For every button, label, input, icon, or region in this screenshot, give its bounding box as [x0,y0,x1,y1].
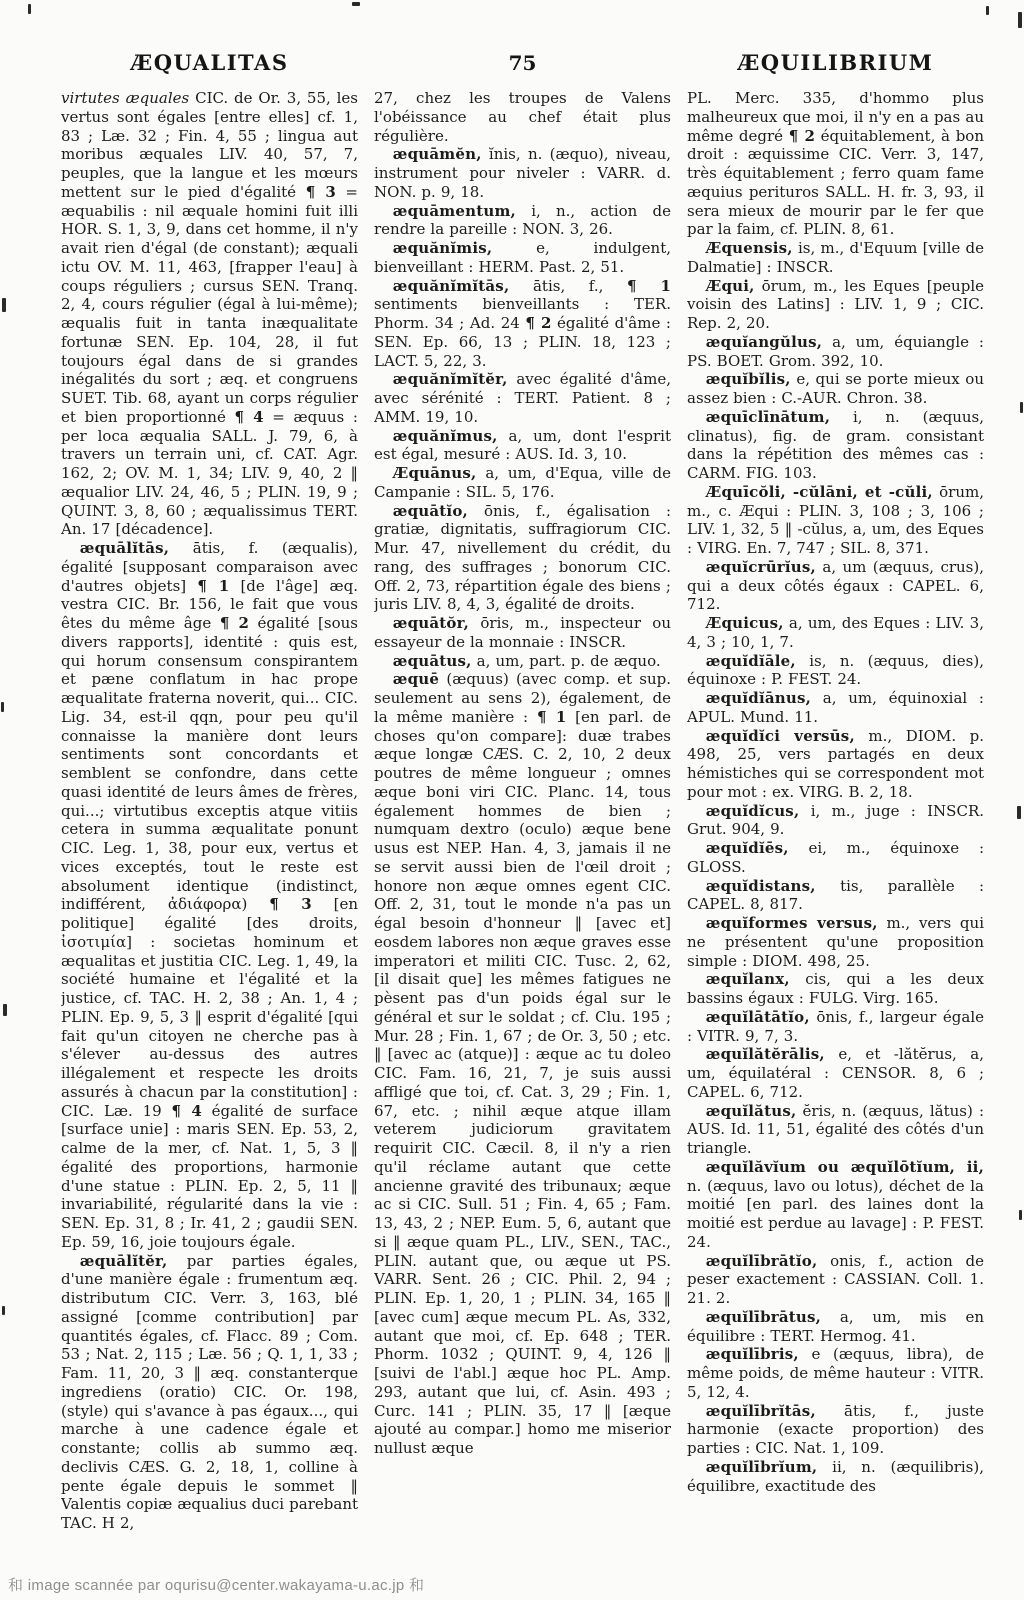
dictionary-entry: æquālĭtās, ātis, f. (æqualis), égalité [… [61,539,358,1252]
dictionary-entry: æquāmentum, i, n., action de rendre la p… [374,202,671,240]
entry-headword: æquĭdĭāle, [706,652,796,670]
dictionary-entry: Æquīcŏli, -cŭlāni, et -cŭli, ōrum, m., c… [687,483,984,558]
entry-headword: æquĭlībrātĭo, [706,1252,818,1270]
scan-artifact [1018,12,1022,28]
dictionary-entry: æquĭbĭlis, e, qui se porte mieux ou asse… [687,370,984,408]
pilcrow-sense-marker: ¶ 4 [235,408,264,426]
scan-artifact [3,1004,7,1016]
entry-headword: æquātŏr, [393,614,469,632]
entry-headword: æquātĭo, [393,502,468,520]
dictionary-entry: æquātĭo, ōnis, f., égalisation : gratiæ,… [374,502,671,615]
dictionary-entry: Æqui, ōrum, m., les Eques [peuple voisin… [687,277,984,333]
entry-headword: æquē [393,670,439,688]
entry-headword: æquĭangŭlus, [706,333,822,351]
dictionary-entry: æquĭformes versus, m., vers qui ne prése… [687,914,984,970]
entry-headword: æquĭdĭcus, [706,802,800,820]
entry-headword: æquĭlībris, [706,1345,799,1363]
dictionary-entry: æquĭdistans, tis, parallèle : CAPEL. 8, … [687,877,984,915]
page-number: 75 [374,51,671,75]
entry-headword: æquĭformes versus, [706,914,878,932]
entry-continuation: virtutes æquales CIC. de Or. 3, 55, les … [61,89,358,539]
entry-headword: Æquīcŏli, -cŭlāni, et -cŭli, [706,483,933,501]
scan-artifact [1017,806,1021,819]
dictionary-entry: æquănĭmĭtās, ātis, f., ¶ 1 sentiments bi… [374,277,671,371]
dictionary-entry: æquāmĕn, ĭnis, n. (æquo), niveau, instru… [374,145,671,201]
scan-artifact [2,1306,5,1315]
entry-headword: æquĭlībrĭum, [706,1458,818,1476]
entry-headword: æquănĭmĭtās, [393,277,510,295]
pilcrow-sense-marker: ¶ 2 [220,614,249,632]
column-center: 27, chez les troupes de Valens l'obéissa… [374,89,671,1537]
scan-artifact [1019,1210,1022,1220]
entry-headword: æquănĭmis, [393,239,493,257]
entry-headword: æquĭlībrĭtās, [706,1402,816,1420]
dictionary-entry: æquātus, a, um, part. p. de æquo. [374,652,671,671]
dictionary-entry: æquĭlătus, ĕris, n. (æquus, lătus) : AUS… [687,1102,984,1158]
dictionary-entry: æquĭdĭāle, is, n. (æquus, dies), équinox… [687,652,984,690]
dictionary-entry: æquĭlībrātus, a, um, mis en équilibre : … [687,1308,984,1346]
dictionary-entry: æquĭangŭlus, a, um, équiangle : PS. BOET… [687,333,984,371]
entry-headword: Æquānus, [393,464,477,482]
entry-headword: Æquensis, [706,239,793,257]
running-head-left: ÆQUALITAS [61,50,358,75]
entry-headword: æquĭdistans, [706,877,816,895]
dictionary-entry: Æquānus, a, um, d'Equa, ville de Campani… [374,464,671,502]
entry-headword: æquĭlătĕrālis, [706,1045,825,1063]
entry-headword: æquāmĕn, [393,145,482,163]
dictionary-entry: æquĭdĭēs, ei, m., équinoxe : GLOSS. [687,839,984,877]
dictionary-entry: æquĭcrūrĭus, a, um (æquus, crus), qui a … [687,558,984,614]
dictionary-entry: æquālĭtĕr, par parties égales, d'une man… [61,1252,358,1533]
entry-headword: æquĭdĭēs, [706,839,789,857]
entry-headword: æquātus, [393,652,472,670]
dictionary-entry: æquĭlătĕrālis, e, et -lătĕrus, a, um, éq… [687,1045,984,1101]
entry-headword: æquĭdĭānus, [706,689,811,707]
dictionary-entry: æquănĭmĭtĕr, avec égalité d'âme, avec sé… [374,370,671,426]
dictionary-entry: æquīclīnātum, i, n. (æquus, clinatus), f… [687,408,984,483]
scanned-dictionary-page: { "page": { "header_left": "ÆQUALITAS", … [0,0,1024,1600]
dictionary-entry: æquănĭmus, a, um, dont l'esprit est égal… [374,427,671,465]
column-left: virtutes æquales CIC. de Or. 3, 55, les … [61,89,358,1537]
scan-artifact [986,6,989,15]
pilcrow-sense-marker: ¶ 1 [537,708,566,726]
entry-headword: æquĭlātātĭo, [706,1008,810,1026]
pilcrow-sense-marker: ¶ 2 [789,127,815,145]
dictionary-entry: æquē (æquus) (avec comp. et sup. seuleme… [374,670,671,1458]
pilcrow-sense-marker: ¶ 3 [269,895,311,913]
scan-artifact [1,702,4,712]
pilcrow-sense-marker: ¶ 1 [627,277,671,295]
dictionary-columns: virtutes æquales CIC. de Or. 3, 55, les … [0,89,1024,1537]
entry-continuation: PL. Merc. 335, d'hommo plus malheureux q… [687,89,984,239]
entry-headword: æquĭbĭlis, [706,370,791,388]
dictionary-entry: æquĭdĭcus, i, m., juge : INSCR. Grut. 90… [687,802,984,840]
running-head-right: ÆQUILIBRIUM [687,50,984,75]
entry-headword: æquĭlăvĭum ou æquĭlōtĭum, ii, [706,1158,984,1176]
dictionary-entry: æquĭdĭānus, a, um, équinoxial : APUL. Mu… [687,689,984,727]
entry-headword: æquĭcrūrĭus, [706,558,816,576]
pilcrow-sense-marker: ¶ 4 [172,1102,202,1120]
dictionary-entry: æquĭlībrĭum, ii, n. (æquilibris), équili… [687,1458,984,1496]
dictionary-entry: æquĭlātātĭo, ōnis, f., largeur égale : V… [687,1008,984,1046]
entry-headword: Æqui, [706,277,755,295]
dictionary-entry: Æquicus, a, um, des Eques : LIV. 3, 4, 3… [687,614,984,652]
entry-headword: æquănĭmĭtĕr, [393,370,508,388]
entry-headword: æquĭlătus, [706,1102,797,1120]
entry-headword: æquănĭmus, [393,427,498,445]
pilcrow-sense-marker: ¶ 1 [197,577,229,595]
dictionary-entry: æquĭlībrātĭo, onis, f., action de peser … [687,1252,984,1308]
dictionary-entry: æquĭlăvĭum ou æquĭlōtĭum, ii, n. (æquus,… [687,1158,984,1252]
dictionary-entry: æquănĭmis, e, indulgent, bienveillant : … [374,239,671,277]
entry-headword: æquĭlanx, [706,970,790,988]
dictionary-entry: Æquensis, is, m., d'Equum [ville de Dalm… [687,239,984,277]
scan-artifact [352,2,360,6]
scan-artifact [28,4,31,14]
scan-artifact [2,298,6,312]
entry-headword: Æquicus, [706,614,784,632]
page-header: ÆQUALITAS 75 ÆQUILIBRIUM [0,0,1024,89]
scanner-watermark: 和 image scannée par oqurisu@center.wakay… [8,1574,424,1595]
dictionary-entry: æquĭlanx, cis, qui a les deux bassins ég… [687,970,984,1008]
scan-artifact [1020,402,1023,413]
dictionary-entry: æquĭlībris, e (æquus, libra), de même po… [687,1345,984,1401]
entry-continuation: 27, chez les troupes de Valens l'obéissa… [374,89,671,145]
dictionary-entry: æquĭdĭci versūs, m., DIOM. p. 498, 25, v… [687,727,984,802]
pilcrow-sense-marker: ¶ 3 [306,183,336,201]
entry-headword: æquĭlībrātus, [706,1308,821,1326]
dictionary-entry: æquātŏr, ōris, m., inspecteur ou essayeu… [374,614,671,652]
pilcrow-sense-marker: ¶ 2 [525,314,551,332]
column-right: PL. Merc. 335, d'hommo plus malheureux q… [687,89,984,1537]
entry-headword: æquĭdĭci versūs, [706,727,855,745]
entry-headword: æquāmentum, [393,202,516,220]
entry-lead-italic: virtutes æquales [61,89,189,107]
entry-headword: æquālĭtās, [80,539,169,557]
entry-headword: æquālĭtĕr, [80,1252,168,1270]
entry-headword: æquīclīnātum, [706,408,830,426]
dictionary-entry: æquĭlībrĭtās, ātis, f., juste harmonie (… [687,1402,984,1458]
